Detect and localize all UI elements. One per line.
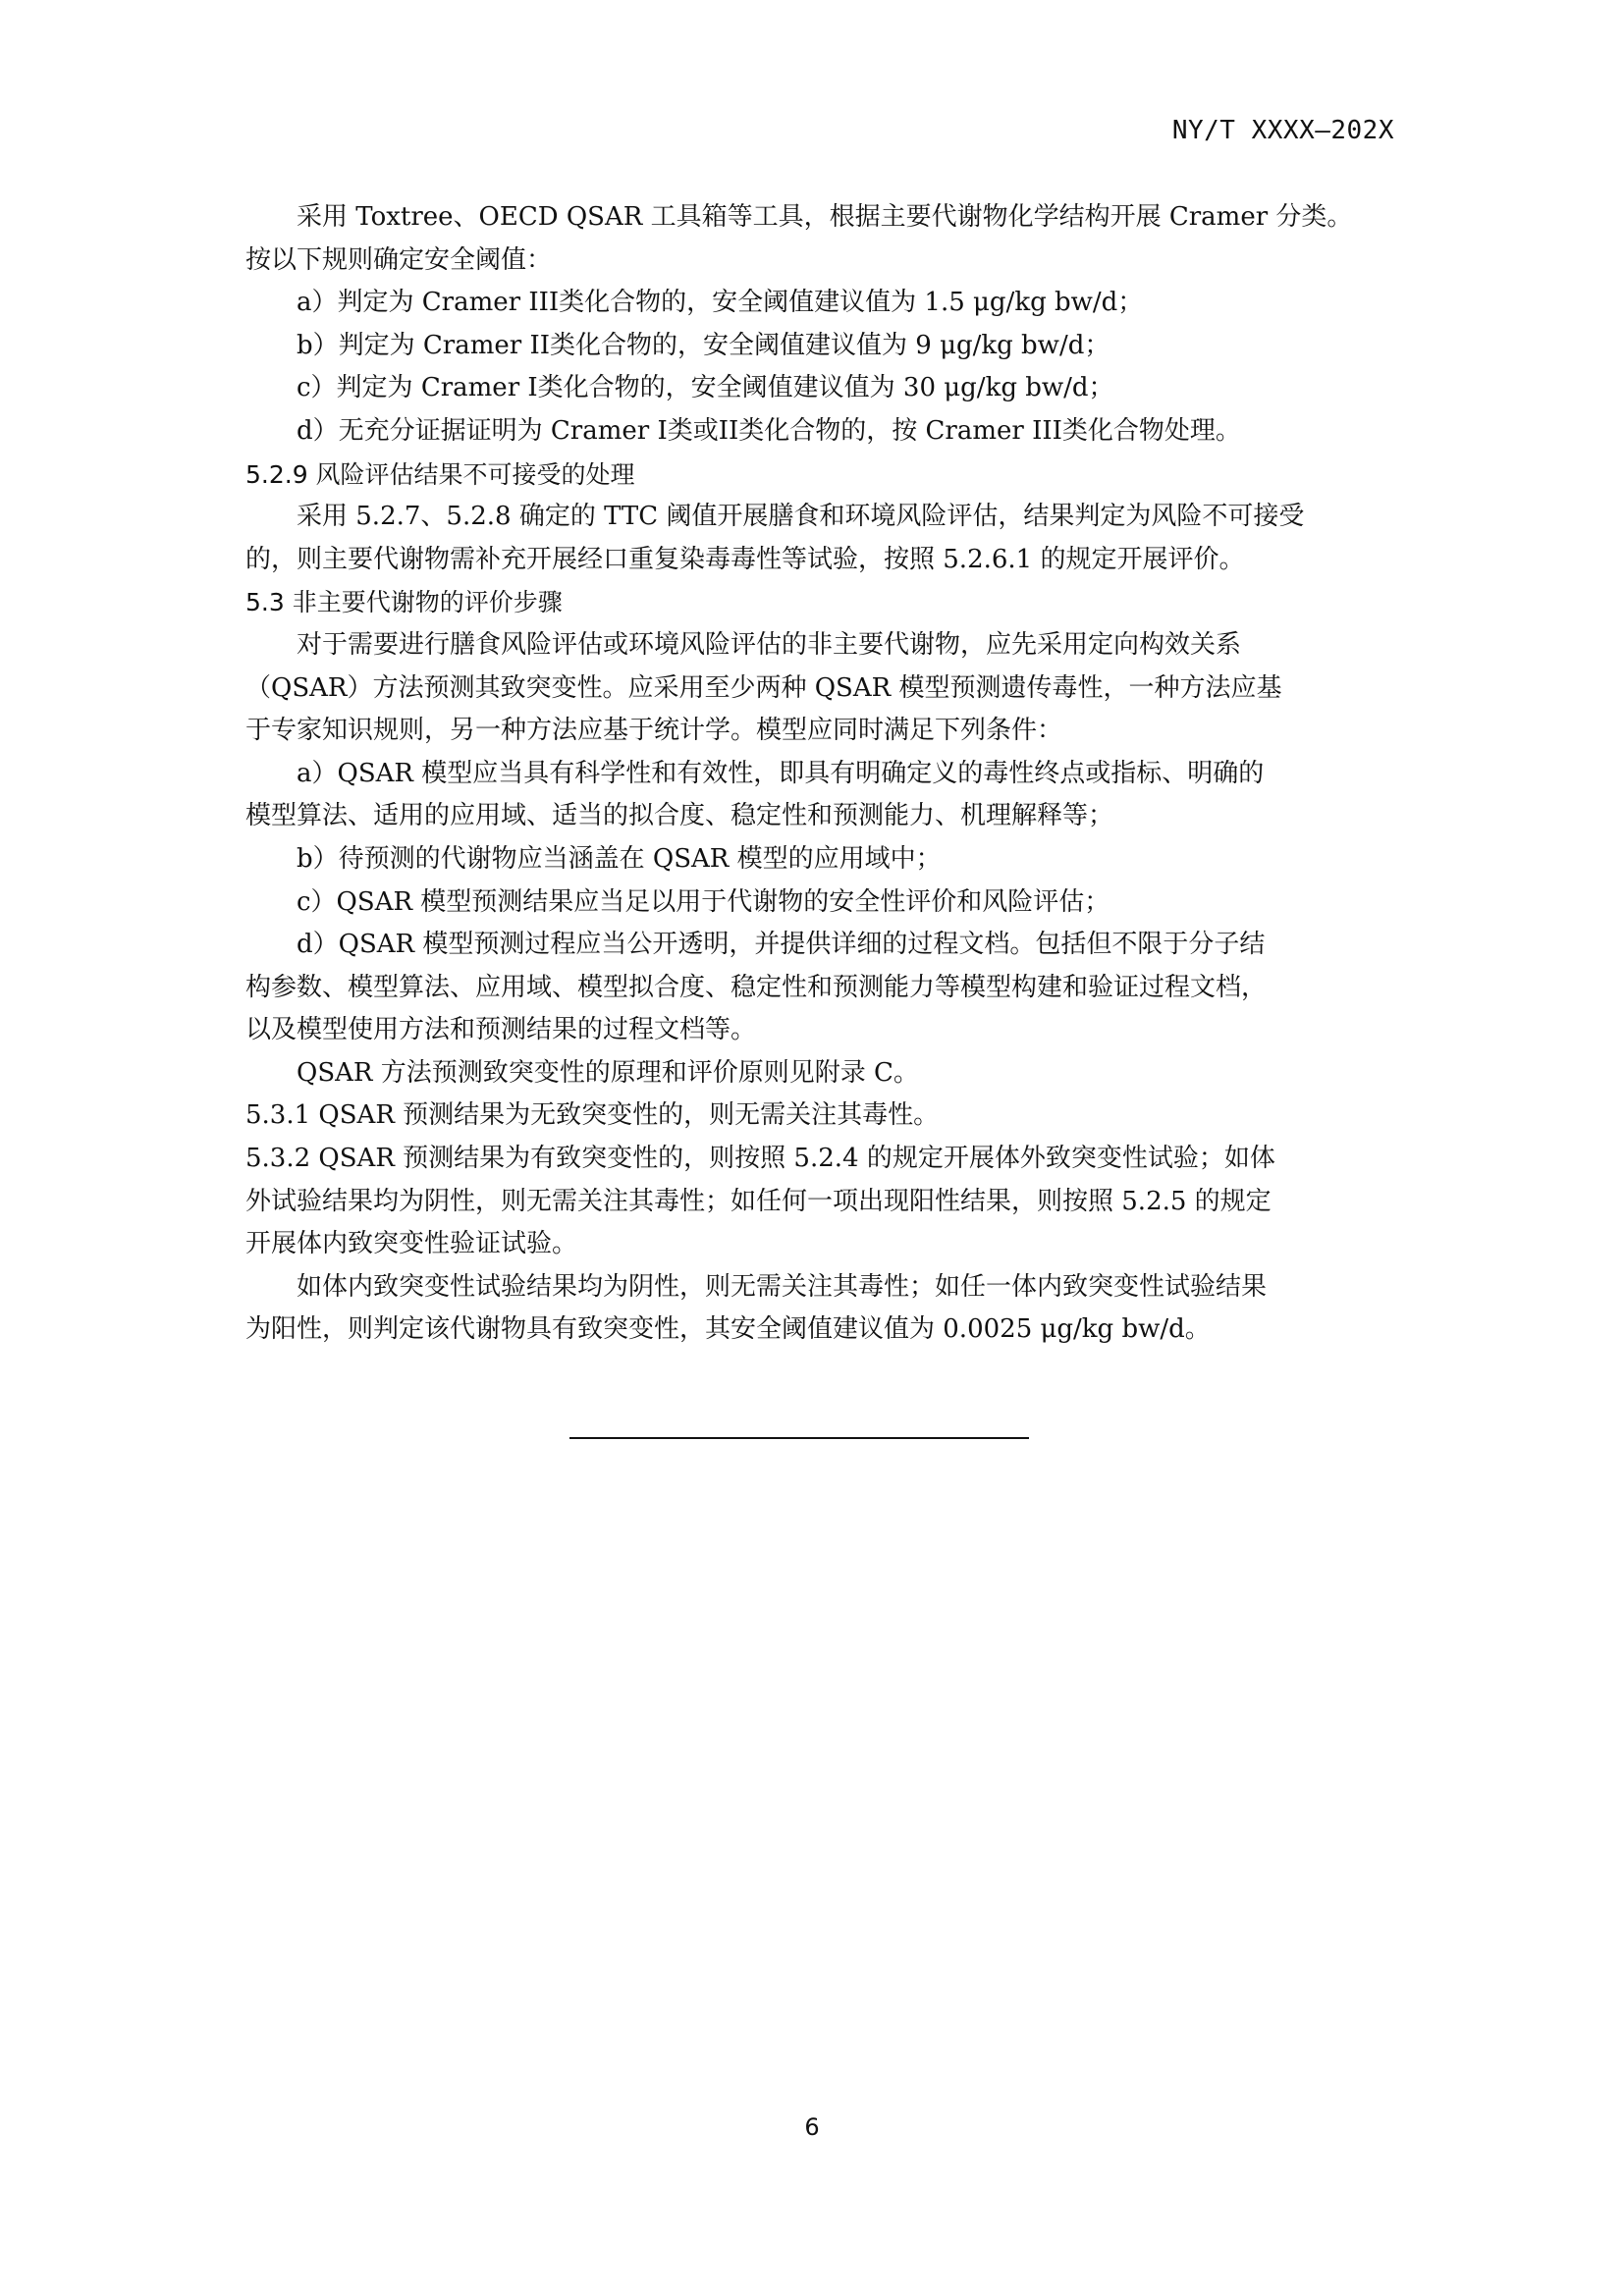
clause-5-3-1: 5.3.1 QSAR 预测结果为无致突变性的，则无需关注其毒性。: [245, 1095, 1389, 1138]
clause-5-3-2: 5.3.2 QSAR 预测结果为有致突变性的，则按照 5.2.4 的规定开展体外…: [245, 1138, 1389, 1181]
page-number: 6: [0, 2113, 1624, 2141]
list-item-b: b）待预测的代谢物应当涵盖在 QSAR 模型的应用域中；: [245, 838, 1389, 881]
document-body: 采用 Toxtree、OECD QSAR 工具箱等工具，根据主要代谢物化学结构开…: [245, 196, 1389, 1352]
list-item-d: d）QSAR 模型预测过程应当公开透明，并提供详细的过程文档。包括但不限于分子结: [245, 924, 1389, 967]
section-heading-5-2-9: 5.2.9 风险评估结果不可接受的处理: [245, 454, 1389, 497]
end-of-document-rule: [569, 1437, 1029, 1439]
paragraph-line: 于专家知识规则，另一种方法应基于统计学。模型应同时满足下列条件：: [245, 710, 1389, 753]
paragraph-line: QSAR 方法预测致突变性的原理和评价原则见附录 C。: [245, 1052, 1389, 1095]
paragraph-line: 构参数、模型算法、应用域、模型拟合度、稳定性和预测能力等模型构建和验证过程文档，: [245, 967, 1389, 1010]
paragraph-line: 采用 Toxtree、OECD QSAR 工具箱等工具，根据主要代谢物化学结构开…: [245, 196, 1389, 240]
standard-code-header: NY/T XXXX—202X: [1172, 116, 1394, 145]
paragraph-line: （QSAR）方法预测其致突变性。应采用至少两种 QSAR 模型预测遗传毒性，一种…: [245, 667, 1389, 711]
list-item-c: c）QSAR 模型预测结果应当足以用于代谢物的安全性评价和风险评估；: [245, 881, 1389, 925]
list-item-c: c）判定为 Cramer I类化合物的，安全阈值建议值为 30 μg/kg bw…: [245, 367, 1389, 410]
paragraph-line: 按以下规则确定安全阈值：: [245, 240, 1389, 283]
paragraph-line: 对于需要进行膳食风险评估或环境风险评估的非主要代谢物，应先采用定向构效关系: [245, 624, 1389, 667]
paragraph-line: 的，则主要代谢物需补充开展经口重复染毒毒性等试验，按照 5.2.6.1 的规定开…: [245, 539, 1389, 582]
list-item-a: a）QSAR 模型应当具有科学性和有效性，即具有明确定义的毒性终点或指标、明确的: [245, 753, 1389, 796]
paragraph-line: 为阳性，则判定该代谢物具有致突变性，其安全阈值建议值为 0.0025 μg/kg…: [245, 1308, 1389, 1352]
paragraph-line: 开展体内致突变性验证试验。: [245, 1223, 1389, 1266]
paragraph-line: 外试验结果均为阴性，则无需关注其毒性；如任何一项出现阳性结果，则按照 5.2.5…: [245, 1181, 1389, 1224]
section-heading-5-3: 5.3 非主要代谢物的评价步骤: [245, 581, 1389, 624]
paragraph-line: 模型算法、适用的应用域、适当的拟合度、稳定性和预测能力、机理解释等；: [245, 795, 1389, 838]
paragraph-line: 如体内致突变性试验结果均为阴性，则无需关注其毒性；如任一体内致突变性试验结果: [245, 1266, 1389, 1309]
paragraph-line: 采用 5.2.7、5.2.8 确定的 TTC 阈值开展膳食和环境风险评估，结果判…: [245, 496, 1389, 539]
paragraph-line: 以及模型使用方法和预测结果的过程文档等。: [245, 1009, 1389, 1052]
list-item-d: d）无充分证据证明为 Cramer I类或II类化合物的，按 Cramer II…: [245, 410, 1389, 454]
list-item-b: b）判定为 Cramer II类化合物的，安全阈值建议值为 9 μg/kg bw…: [245, 325, 1389, 368]
list-item-a: a）判定为 Cramer III类化合物的，安全阈值建议值为 1.5 μg/kg…: [245, 282, 1389, 325]
